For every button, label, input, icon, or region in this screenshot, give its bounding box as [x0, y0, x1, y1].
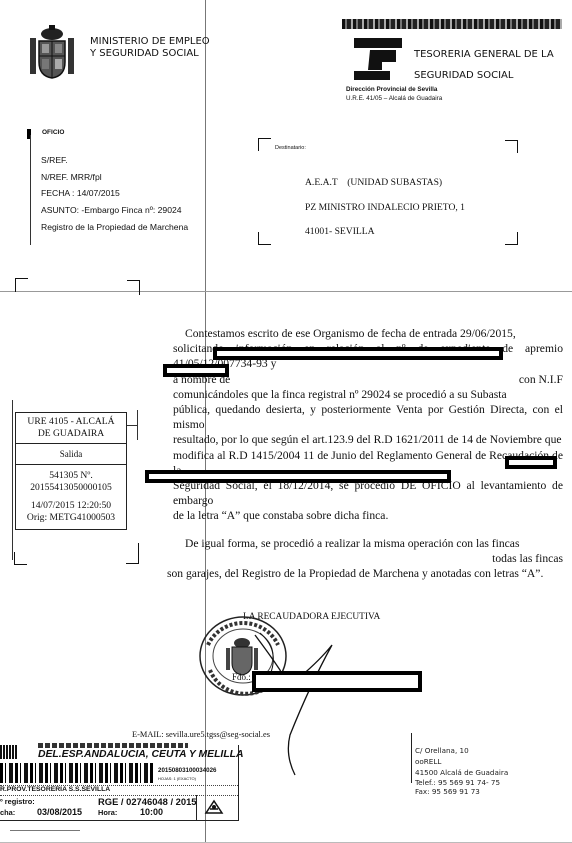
- registro-propiedad: Registro de la Propiedad de Marchena: [41, 219, 188, 236]
- redacted-fincas-1: [505, 456, 557, 469]
- oficio-label: OFICIO: [42, 129, 64, 136]
- address-extra: ooRELL: [415, 756, 508, 767]
- body-line: son garajes, del Registro de la Propieda…: [167, 566, 563, 581]
- body-line: a nombre decon N.I.F: [173, 372, 563, 387]
- stamp-number-2: 20155413050000105: [18, 482, 124, 494]
- registry-hojas: HOJAS: 1 (EXACTO): [158, 776, 196, 781]
- destinatario-line-1: A.E.A.T (UNIDAD SUBASTAS): [305, 171, 465, 196]
- dest-corner-bl: [258, 232, 271, 245]
- sref: S/REF.: [41, 152, 188, 169]
- redacted-name: [213, 347, 503, 360]
- body-line: resultado, por lo que según el art.123.9…: [173, 432, 563, 447]
- oficio-side-line: [30, 135, 31, 245]
- registry-logo-icon: [0, 745, 18, 759]
- dest-corner-br: [505, 232, 518, 245]
- destinatario-line-3: 41001- SEVILLA: [305, 220, 465, 245]
- redacted-fincas-2: [145, 470, 451, 483]
- body-line: todas las fincas: [173, 551, 563, 566]
- registry-date-label: cha:: [0, 808, 15, 817]
- address-street: C/ Orellana, 10: [415, 745, 508, 756]
- registry-office: R.PROV.TESORERIA S.S.SEVILLA: [0, 786, 110, 793]
- salida-stamp: URE 4105 - ALCALÁ DE GUADAIRA Salida 541…: [15, 412, 127, 530]
- direccion-provincial: Dirección Provincial de Sevilla: [346, 86, 437, 93]
- ministry-name: MINISTERIO DE EMPLEO Y SEGURIDAD SOCIAL: [90, 36, 210, 60]
- destinatario-line-2: PZ MINISTRO INDALECIO PRIETO, 1: [305, 196, 465, 221]
- registry-date-value: 03/08/2015: [37, 807, 82, 817]
- registry-title: DEL.ESP.ANDALUCIA, CEUTA Y MELILLA: [38, 749, 244, 760]
- ministry-line-2: Y SEGURIDAD SOCIAL: [90, 48, 210, 60]
- registry-divider-v: [196, 795, 197, 820]
- ministry-line-1: MINISTERIO DE EMPLEO: [90, 36, 210, 48]
- separator-line: [0, 291, 572, 292]
- dest-corner-tr: [505, 140, 518, 153]
- stamp-number-1: 541305 Nº.: [18, 470, 124, 482]
- stamp-details: 541305 Nº. 20155413050000105 14/07/2015 …: [16, 465, 126, 529]
- sep-corner-left: [15, 278, 28, 292]
- signature-stroke: [250, 625, 340, 785]
- dest-corner-tl: [258, 138, 271, 151]
- body-line: pública, quedando desierta, y posteriorm…: [173, 402, 563, 432]
- registry-emblem-icon: [204, 799, 224, 815]
- nref: N/REF. MRR/fpl: [41, 169, 188, 186]
- tgss-line-1: TESORERIA GENERAL DE LA: [414, 44, 554, 65]
- registry-underline: [10, 830, 80, 831]
- registry-number-value: RGE / 02746048 / 2015: [98, 796, 197, 807]
- letter-body: Contestamos escrito de ese Organismo de …: [173, 326, 563, 581]
- tgss-logo-icon: [352, 38, 404, 80]
- stamp-corner-bl: [14, 552, 27, 565]
- oficio-details: S/REF. N/REF. MRR/fpl FECHA : 14/07/2015…: [41, 152, 188, 236]
- stamp-connector-v: [137, 410, 138, 440]
- registry-header-scribble: [38, 743, 188, 748]
- tgss-line-2: SEGURIDAD SOCIAL: [414, 65, 554, 86]
- body-line: comunicándoles que la finca registral nº…: [173, 387, 563, 402]
- registry-hour-value: 10:00: [140, 807, 163, 817]
- destinatario-address: A.E.A.T (UNIDAD SUBASTAS) PZ MINISTRO IN…: [305, 171, 465, 245]
- ure-address: U.R.E. 41/05 – Alcalá de Guadaira: [346, 95, 442, 102]
- stamp-office: URE 4105 - ALCALÁ DE GUADAIRA: [16, 413, 126, 444]
- registry-barcode-number: 20150803100034026: [158, 767, 217, 774]
- body-line: de la letra “A” que constaba sobre dicha…: [173, 508, 563, 523]
- stamp-type: Salida: [16, 444, 126, 465]
- spain-coat-of-arms-icon: [26, 24, 78, 80]
- stamp-side-line: [12, 400, 13, 560]
- registry-hour-label: Hora:: [98, 808, 117, 817]
- sep-corner-right: [127, 280, 140, 295]
- fdo-label: Fdo.:: [232, 672, 251, 682]
- body-line: Contestamos escrito de ese Organismo de …: [173, 326, 563, 341]
- address-fax: Fax: 95 569 91 73: [415, 787, 508, 796]
- destinatario-label: Destinatario:: [275, 145, 306, 151]
- registry-stamp: DEL.ESP.ANDALUCIA, CEUTA Y MELILLA 20150…: [0, 745, 239, 821]
- noise-strip: [342, 19, 562, 29]
- stamp-orig: Orig: METG41000503: [18, 512, 124, 524]
- tgss-name: TESORERIA GENERAL DE LA SEGURIDAD SOCIAL: [414, 44, 554, 86]
- stamp-corner-br: [126, 543, 139, 564]
- footer-address-line: [411, 733, 412, 783]
- registry-number-label: º registro:: [0, 797, 35, 806]
- body-line: De igual forma, se procedió a realizar l…: [173, 536, 563, 551]
- redacted-nif: [163, 364, 229, 377]
- stamp-datetime: 14/07/2015 12:20:50: [18, 500, 124, 512]
- fecha: FECHA : 14/07/2015: [41, 185, 188, 202]
- redacted-signatory-name: [252, 671, 422, 692]
- footer-email: E-MAIL: sevilla.ure5.tgss@seg-social.es: [132, 730, 270, 739]
- registry-barcode-icon: [0, 763, 154, 783]
- footer-address: C/ Orellana, 10 ooRELL 41500 Alcalá de G…: [415, 745, 508, 796]
- asunto: ASUNTO: -Embargo Finca nº: 29024: [41, 202, 188, 219]
- address-city: 41500 Alcalá de Guadaira: [415, 767, 508, 778]
- address-telef: Telef.: 95 569 91 74- 75: [415, 778, 508, 787]
